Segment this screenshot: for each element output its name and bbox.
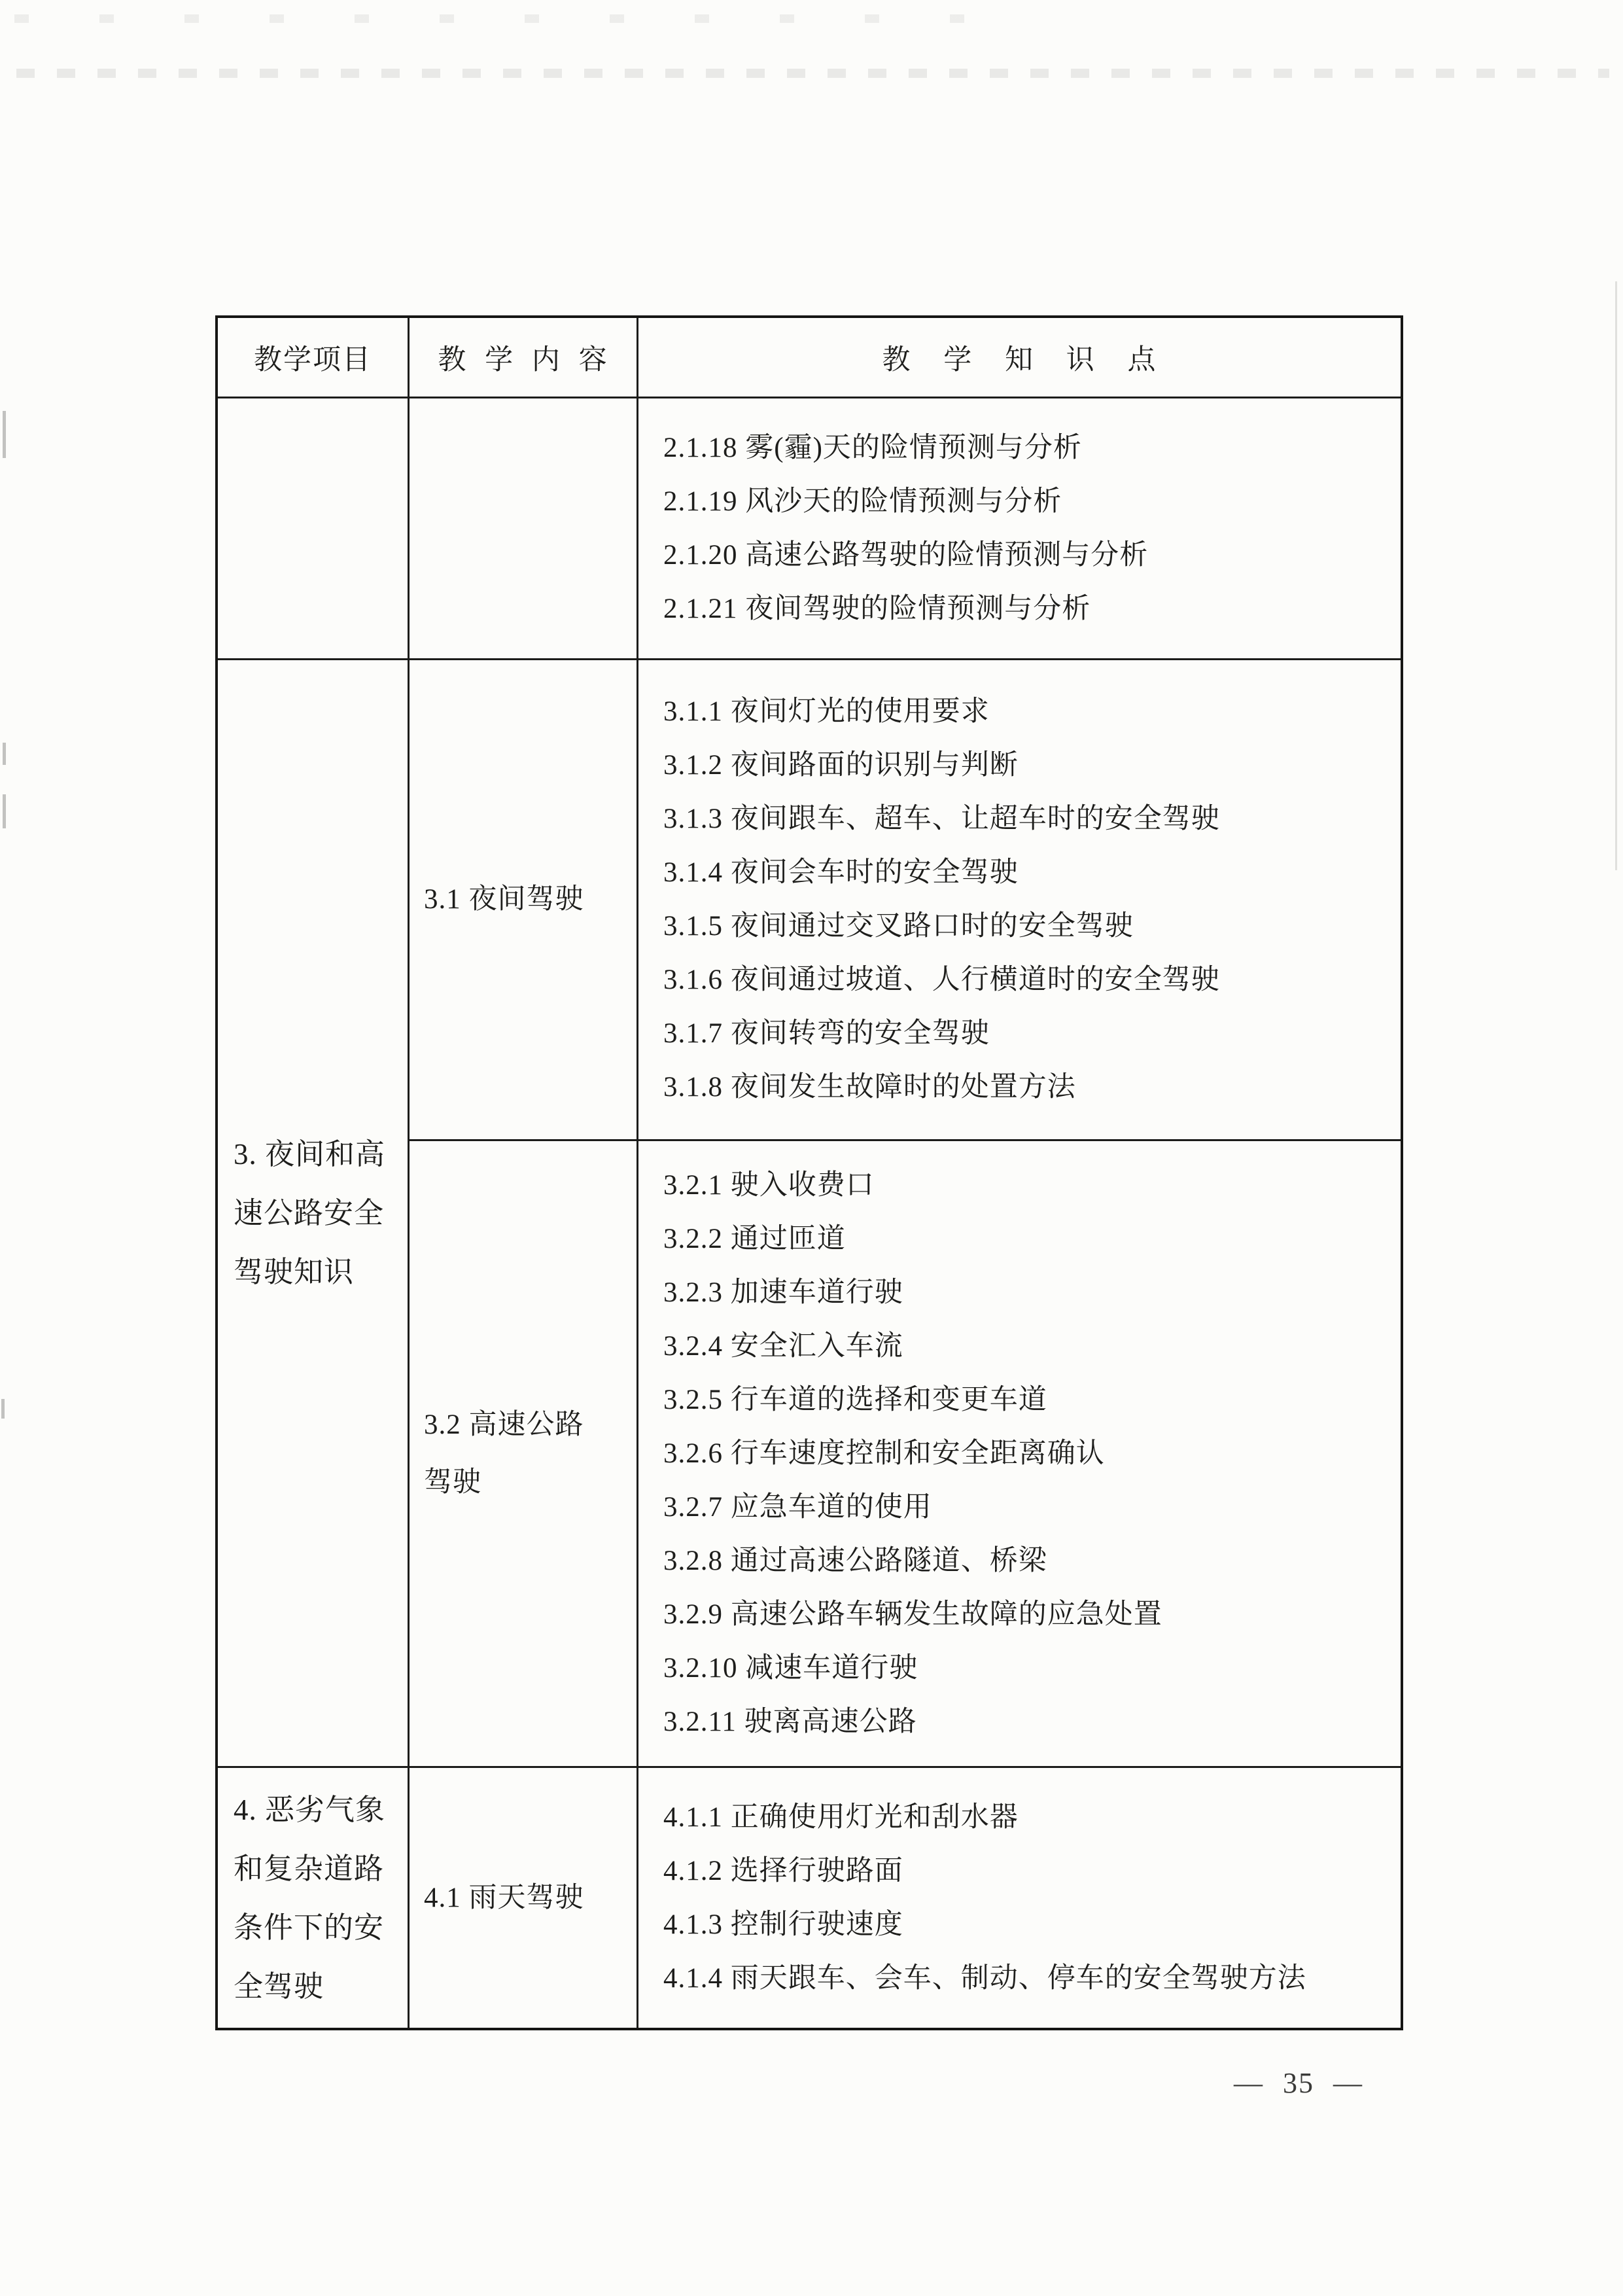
knowledge-point: 3.2.4 安全汇入车流 — [663, 1320, 1401, 1373]
knowledge-point: 4.1.4 雨天跟车、会车、制动、停车的安全驾驶方法 — [663, 1952, 1401, 2005]
section3-sub2-points-cell: 3.2.1 驶入收费口 3.2.2 通过匝道 3.2.3 加速车道行驶 3.2.… — [638, 1141, 1401, 1768]
section2-content-cell — [410, 398, 638, 660]
knowledge-point: 3.2.10 减速车道行驶 — [663, 1642, 1401, 1695]
knowledge-point: 4.1.2 选择行驶路面 — [663, 1845, 1401, 1898]
knowledge-point: 3.2.3 加速车道行驶 — [663, 1266, 1401, 1320]
scanned-document-page: 教学项目 教 学 内 容 教 学 知 识 点 2.1.18 雾(霾)天的险情预测… — [0, 0, 1623, 2296]
section3-sub1-content-cell: 3.1 夜间驾驶 — [410, 660, 638, 1141]
knowledge-point: 3.1.3 夜间跟车、超车、让超车时的安全驾驶 — [663, 792, 1401, 846]
header-teaching-content: 教 学 内 容 — [410, 318, 638, 398]
section3-project-cell: 3. 夜间和高 速公路安全 驾驶知识 — [218, 660, 410, 1768]
knowledge-point: 3.1.6 夜间通过坡道、人行横道时的安全驾驶 — [663, 953, 1401, 1007]
knowledge-point: 3.1.2 夜间路面的识别与判断 — [663, 739, 1401, 792]
section2-points-cell: 2.1.18 雾(霾)天的险情预测与分析 2.1.19 风沙天的险情预测与分析 … — [638, 398, 1401, 660]
knowledge-point: 3.2.2 通过匝道 — [663, 1212, 1401, 1266]
knowledge-point: 2.1.18 雾(霾)天的险情预测与分析 — [663, 421, 1401, 475]
scan-artifact — [3, 411, 6, 458]
header-teaching-knowledge-points: 教 学 知 识 点 — [638, 318, 1401, 398]
knowledge-point: 3.1.4 夜间会车时的安全驾驶 — [663, 846, 1401, 900]
scan-artifact — [16, 69, 1609, 78]
knowledge-point: 3.2.6 行车速度控制和安全距离确认 — [663, 1427, 1401, 1481]
knowledge-point: 3.1.8 夜间发生故障时的处置方法 — [663, 1061, 1401, 1114]
knowledge-point: 3.2.7 应急车道的使用 — [663, 1481, 1401, 1534]
knowledge-point: 2.1.20 高速公路驾驶的险情预测与分析 — [663, 529, 1401, 582]
curriculum-table: 教学项目 教 学 内 容 教 学 知 识 点 2.1.18 雾(霾)天的险情预测… — [215, 315, 1403, 2030]
page-number: — 35 — — [1197, 2066, 1400, 2100]
scan-artifact — [14, 14, 969, 23]
knowledge-point: 2.1.21 夜间驾驶的险情预测与分析 — [663, 582, 1401, 636]
section3-sub1-points-cell: 3.1.1 夜间灯光的使用要求 3.1.2 夜间路面的识别与判断 3.1.3 夜… — [638, 660, 1401, 1141]
knowledge-point: 3.2.5 行车道的选择和变更车道 — [663, 1373, 1401, 1427]
knowledge-point: 3.1.7 夜间转弯的安全驾驶 — [663, 1007, 1401, 1061]
section4-points-cell: 4.1.1 正确使用灯光和刮水器 4.1.2 选择行驶路面 4.1.3 控制行驶… — [638, 1768, 1401, 2028]
knowledge-point: 3.2.9 高速公路车辆发生故障的应急处置 — [663, 1588, 1401, 1642]
knowledge-point: 2.1.19 风沙天的险情预测与分析 — [663, 475, 1401, 529]
knowledge-point: 3.1.1 夜间灯光的使用要求 — [663, 685, 1401, 739]
knowledge-point: 3.2.11 驶离高速公路 — [663, 1695, 1401, 1749]
knowledge-point: 4.1.1 正确使用灯光和刮水器 — [663, 1791, 1401, 1845]
knowledge-point: 4.1.3 控制行驶速度 — [663, 1898, 1401, 1952]
section4-content-cell: 4.1 雨天驾驶 — [410, 1768, 638, 2028]
scan-artifact — [1, 1399, 5, 1419]
knowledge-point: 3.1.5 夜间通过交叉路口时的安全驾驶 — [663, 900, 1401, 953]
scan-artifact — [1615, 281, 1617, 870]
section2-project-cell — [218, 398, 410, 660]
scan-artifact — [3, 794, 6, 828]
scan-artifact — [3, 743, 6, 765]
knowledge-point: 3.2.8 通过高速公路隧道、桥梁 — [663, 1534, 1401, 1588]
knowledge-point: 3.2.1 驶入收费口 — [663, 1159, 1401, 1212]
section3-sub2-content-cell: 3.2 高速公路 驾驶 — [410, 1141, 638, 1768]
section4-project-cell: 4. 恶劣气象 和复杂道路 条件下的安 全驾驶 — [218, 1768, 410, 2028]
header-teaching-project: 教学项目 — [218, 318, 410, 398]
